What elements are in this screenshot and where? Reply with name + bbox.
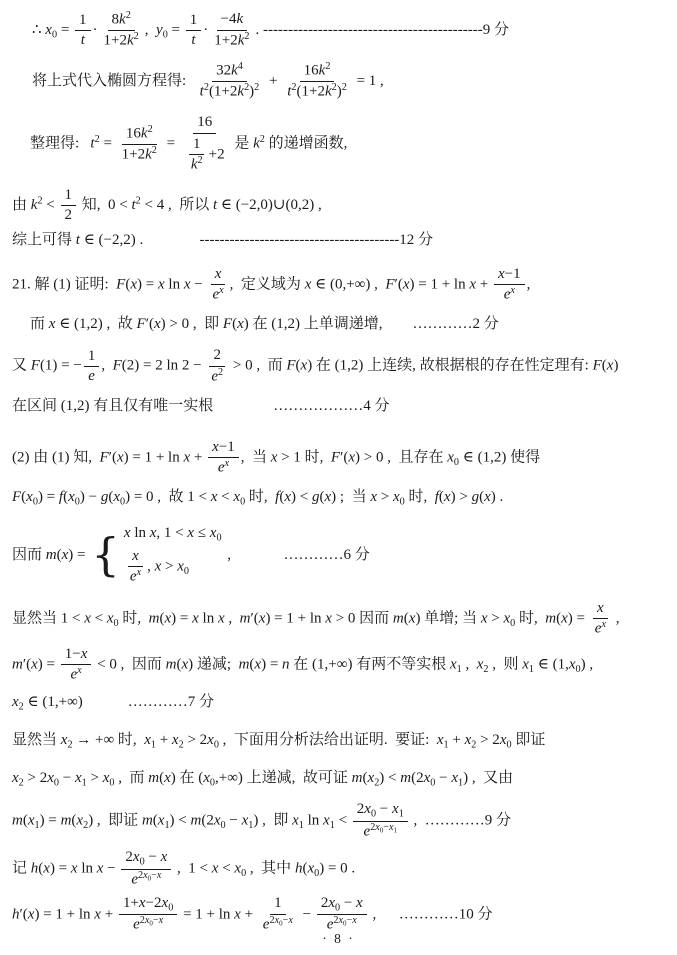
math-text: , <box>225 610 240 626</box>
case-row: xex, x > x0 <box>124 547 189 587</box>
math-variable: m <box>352 770 363 786</box>
math-text: , <box>145 22 156 38</box>
numerator: 1 <box>75 12 91 31</box>
math-text: + <box>241 906 257 922</box>
math-variable: F <box>223 316 232 332</box>
math-text: > <box>161 558 177 574</box>
denominator: t <box>77 31 89 49</box>
line-substitute-ellipse: 将上式代入椭圆方程得: 32k4t2(1+2k2)2 + 16k2t2(1+2k… <box>32 61 663 102</box>
math-text: ∈ (0,+∞) , <box>311 276 385 292</box>
math-text: ) , <box>581 656 594 672</box>
math-variable: k <box>253 136 260 152</box>
line-simplify-t-squared: 整理得: t2 = 16k21+2k2 = 161k2+2 是 k2 的递增函数… <box>30 113 663 175</box>
math-text: − <box>103 860 119 876</box>
line-Fx0-fg-relation: F(x0) = f(x0) − g(x0) = 0 , 故 1 < x < x0… <box>12 488 663 508</box>
numerator: 8k2 <box>108 11 135 31</box>
math-text: + <box>449 732 465 748</box>
math-text: 2 <box>148 124 153 135</box>
math-text: + <box>190 450 206 466</box>
numerator: x <box>593 600 608 619</box>
math-variable: m <box>191 813 202 829</box>
math-text: x <box>77 665 82 676</box>
math-variable: k <box>325 83 332 99</box>
math-text: ) , 即证 <box>88 813 142 829</box>
math-text: , 定义域为 <box>230 276 305 292</box>
math-text: 知, 0 < <box>78 197 131 213</box>
denominator: ex <box>214 458 233 477</box>
math-variable: F <box>286 358 295 374</box>
math-variable: x <box>450 656 457 672</box>
math-text: ∈ (1,+∞) <box>24 694 128 710</box>
math-variable: x <box>172 732 179 748</box>
math-variable: x <box>561 610 568 626</box>
math-variable: k <box>119 12 126 28</box>
math-text: (2) 由 (1) 知, <box>12 450 99 466</box>
math-text: ----------------------------------------… <box>263 22 509 38</box>
math-text: 0 <box>184 566 189 577</box>
fraction: 161k2+2 <box>181 114 229 174</box>
math-text: ) <box>613 358 618 374</box>
math-variable: x <box>77 665 82 676</box>
math-variable: x <box>284 489 291 505</box>
math-text: , 下面用分析法给出证明. 要证: <box>219 732 437 748</box>
math-variable: x <box>26 489 33 505</box>
math-variable: x <box>352 915 357 926</box>
math-variable: x <box>113 489 120 505</box>
math-text: (1+2 <box>297 83 325 99</box>
math-variable: m <box>12 813 23 829</box>
math-variable: x <box>45 22 52 38</box>
math-variable: x <box>214 813 221 829</box>
math-text: 21. 解 (1) 证明: <box>12 276 116 292</box>
fraction: 1t <box>186 12 202 50</box>
line-piecewise-m-6pts: 因而 m(x) = {x ln x, 1 < x ≤ x0xex, x > x0… <box>12 524 663 587</box>
math-variable: k <box>237 11 244 27</box>
math-text: , <box>527 276 531 292</box>
math-text: ) = <box>40 813 61 829</box>
math-text: ) . <box>491 489 504 505</box>
line-m-increasing-decreasing: 显然当 1 < x < x0 时, m(x) = x ln x , m′(x) … <box>12 599 663 639</box>
fraction: 2e2 <box>207 347 227 385</box>
math-text: 2x0−x <box>140 915 163 926</box>
math-variable: x <box>597 600 604 616</box>
math-text: 1 <box>190 12 198 28</box>
math-text: 整理得: <box>30 136 90 152</box>
math-text: 在 (1,+∞) 有两不等实根 <box>290 656 450 672</box>
math-variable: x <box>215 266 222 282</box>
math-text: 2 <box>213 347 221 363</box>
math-text: 显然当 1 < <box>12 610 84 626</box>
fraction: 2x0 − xe2x0−x <box>121 849 171 889</box>
fraction: 2x0 − xe2x0−x <box>317 895 367 935</box>
math-variable: x <box>28 813 35 829</box>
math-variable: m <box>545 610 556 626</box>
case-row: x ln x, 1 < x ≤ x0 <box>124 524 222 544</box>
math-variable: F <box>593 358 602 374</box>
denominator: e2 <box>207 367 227 386</box>
math-variable: x <box>43 860 50 876</box>
math-text: 1 <box>79 12 87 28</box>
math-text: ) ; 当 <box>331 489 370 505</box>
denominator: 1+2k2 <box>118 145 161 164</box>
math-text: = <box>168 22 184 38</box>
fraction: 1+x−2x0e2x0−x <box>119 895 177 935</box>
math-text: 即证 <box>512 732 546 748</box>
math-variable: x <box>356 895 363 911</box>
math-text: − <box>59 770 75 786</box>
denominator: ex <box>500 285 519 304</box>
math-text: 2 <box>325 61 330 72</box>
math-variable: x <box>212 439 219 455</box>
math-variable: t <box>191 32 195 48</box>
math-variable: F <box>12 489 21 505</box>
math-text: ) > 0 , 即 <box>161 316 223 332</box>
math-text: > <box>488 610 504 626</box>
math-text: ∈ (−2,2) . <box>80 232 200 248</box>
math-text: < <box>43 197 59 213</box>
math-variable: x <box>484 489 491 505</box>
math-text: ) < <box>379 770 400 786</box>
math-text: ) = 1 + ln <box>409 276 469 292</box>
math-text: 显然当 <box>12 732 61 748</box>
math-text: ) = <box>171 610 192 626</box>
math-text: > 0 因而 <box>332 610 393 626</box>
math-variable: x <box>601 619 606 630</box>
math-variable: x <box>144 732 151 748</box>
numerator: x <box>211 266 226 285</box>
math-variable: x <box>81 646 88 662</box>
denominator: 1+2k2 <box>100 31 143 50</box>
math-text: ln <box>165 276 184 292</box>
math-variable: x <box>392 801 399 817</box>
math-text: = 1 + ln <box>179 906 234 922</box>
math-variable: m <box>400 770 411 786</box>
math-text: 2x0−x <box>333 915 356 926</box>
math-text: , 1 < <box>173 860 211 876</box>
numerator: 2x0 − x1 <box>353 801 408 822</box>
piecewise-cases: {x ln x, 1 < x ≤ x0xex, x > x0 <box>91 524 221 587</box>
math-text: = 1 , <box>353 73 384 89</box>
math-text: = <box>57 22 73 38</box>
math-text: 将上式代入椭圆方程得: <box>32 73 194 89</box>
math-text: · <box>203 22 208 38</box>
math-text: 2x0−x <box>138 870 161 881</box>
math-variable: x <box>184 276 191 292</box>
math-text: < <box>91 610 107 626</box>
math-text: ) = <box>68 547 89 563</box>
math-variable: x <box>12 694 19 710</box>
math-variable: x <box>370 489 377 505</box>
math-text: ) 单增; 当 <box>415 610 480 626</box>
math-text: −1 <box>505 266 521 282</box>
math-variable: x <box>481 610 488 626</box>
numerator: x <box>128 548 143 567</box>
math-variable: x <box>393 489 400 505</box>
math-text: −4 <box>221 11 237 27</box>
math-text: ′( <box>20 906 28 922</box>
denominator: e2x0−x <box>127 870 165 889</box>
numerator: 16 <box>193 114 216 133</box>
math-variable: F <box>385 276 394 292</box>
solution-text-block: ∴ x0 = 1t·8k21+2k2, y0 = 1t·−4k1+2k2. --… <box>12 10 663 935</box>
math-variable: k <box>191 157 198 173</box>
math-text: , <box>101 358 112 374</box>
math-text: 8 <box>112 12 120 28</box>
math-text: 16 <box>197 114 212 130</box>
math-text: 记 <box>12 860 31 876</box>
math-text: −1 <box>219 439 235 455</box>
fraction: 1t <box>75 12 91 50</box>
line-part2-derivative: (2) 由 (1) 知, F′(x) = 1 + ln x + x−1ex, 当… <box>12 438 663 478</box>
numerator: −4k <box>217 11 248 30</box>
math-variable: x <box>207 732 214 748</box>
math-variable: x <box>234 906 241 922</box>
math-text: ) 在 (1,2) 上单调递增, …………2 分 <box>244 316 499 332</box>
math-text: 的递增函数, <box>265 136 348 152</box>
math-text: x <box>224 458 229 469</box>
math-variable: k <box>141 126 148 142</box>
numerator: 1 <box>186 12 202 31</box>
math-variable: x <box>137 567 142 578</box>
math-variable: x <box>447 450 454 466</box>
math-text: 16 <box>126 126 141 142</box>
math-text: 时, <box>119 610 149 626</box>
math-text: > 2 <box>24 770 47 786</box>
fraction: xex <box>126 548 145 586</box>
math-text: ∴ <box>32 22 45 38</box>
math-text: ----------------------------------------… <box>200 232 434 248</box>
math-variable: x <box>364 801 371 817</box>
math-text: 1+2 <box>104 32 127 48</box>
math-text: 1 <box>193 136 201 152</box>
math-text: ) = 0 , 故 1 < <box>125 489 211 505</box>
math-text: > <box>87 770 103 786</box>
denominator: ex <box>66 665 85 684</box>
math-text: < <box>217 489 233 505</box>
math-text: ) , 又由 <box>463 770 513 786</box>
math-variable: m <box>240 610 251 626</box>
math-variable: m <box>61 813 72 829</box>
math-variable: F <box>31 358 40 374</box>
math-text: 1− <box>65 646 81 662</box>
math-variable: e <box>131 871 138 887</box>
math-text: = <box>163 136 179 152</box>
fraction: x−1ex <box>494 266 525 304</box>
line-m-prime-two-roots: m′(x) = 1−xex < 0 , 因而 m(x) 递减; m(x) = n… <box>12 645 663 685</box>
math-text: + <box>265 73 281 89</box>
math-text: ) = <box>38 489 59 505</box>
math-variable: k <box>145 147 152 163</box>
line-monotone-increasing-2pts: 而 x ∈ (1,2) , 故 F′(x) > 0 , 即 F(x) 在 (1,… <box>30 315 663 335</box>
math-text: ) < <box>170 813 191 829</box>
math-variable: g <box>472 489 480 505</box>
line-unique-root-4pts: 在区间 (1,2) 有且仅有唯一实根 ………………4 分 <box>12 397 663 417</box>
math-variable: x <box>84 610 91 626</box>
numerator: x−1 <box>208 439 239 458</box>
math-text: 2 <box>198 155 203 166</box>
math-text: ) 在 (1,2) 上连续, 故根据根的存在性定理有: <box>307 358 592 374</box>
math-text: 2 <box>244 31 249 42</box>
math-text: 因而 <box>12 547 46 563</box>
line-F1-F2-continuity: 又 F(1) = −1e, F(2) = 2 ln 2 − 2e2 > 0 , … <box>12 346 663 386</box>
math-variable: m <box>166 656 177 672</box>
math-text: + <box>101 906 117 922</box>
math-text: ln <box>304 813 323 829</box>
math-text: − <box>299 906 315 922</box>
math-variable: x <box>124 525 131 541</box>
numerator: 2 <box>209 347 225 366</box>
math-text: ′( <box>23 656 31 672</box>
denominator: e <box>84 367 99 385</box>
math-text: ) > <box>451 489 472 505</box>
math-text: 0 <box>216 532 221 543</box>
math-text: . <box>255 22 263 38</box>
math-text: ) = 0 . <box>319 860 355 876</box>
math-text: 4 <box>238 61 243 72</box>
line-conclusion-12pts: 综上可得 t ∈ (−2,2) . ----------------------… <box>12 231 663 251</box>
denominator: ex <box>126 567 145 586</box>
math-text: ) = <box>261 656 282 672</box>
math-text: 1 <box>65 187 73 203</box>
math-text: − <box>376 801 392 817</box>
math-text: , 则 <box>488 656 522 672</box>
math-text: ∈ (1,2) , 故 <box>55 316 136 332</box>
math-text: = <box>100 136 116 152</box>
math-variable: x <box>68 489 75 505</box>
math-variable: x <box>437 732 444 748</box>
math-variable: x <box>12 770 19 786</box>
math-text: (2 <box>411 770 424 786</box>
math-variable: x <box>154 316 161 332</box>
math-text: x <box>601 619 606 630</box>
denominator: 2 <box>61 206 77 224</box>
math-text: ) < <box>291 489 312 505</box>
math-text: < 4 , 所以 <box>141 197 213 213</box>
math-variable: x <box>218 610 225 626</box>
math-text: ) = 1 + ln <box>34 906 94 922</box>
math-text: 1+2 <box>214 32 237 48</box>
math-variable: x <box>328 895 335 911</box>
numerator: 2x0 − x <box>317 895 367 916</box>
math-text: 0 <box>168 902 173 913</box>
math-variable: F <box>113 358 122 374</box>
math-text: − <box>226 813 242 829</box>
math-text: 2 <box>126 10 131 21</box>
math-variable: m <box>46 547 57 563</box>
math-text: , 而 <box>114 770 148 786</box>
denominator: e2x0−x1 <box>360 822 402 841</box>
math-text: (1+2 <box>209 83 237 99</box>
math-variable: x <box>237 316 244 332</box>
math-variable: m <box>142 813 153 829</box>
math-variable: m <box>148 770 159 786</box>
math-variable: x <box>203 770 210 786</box>
math-variable: x <box>31 656 38 672</box>
math-variable: h <box>12 906 20 922</box>
line-m-equal-9pts: m(x1) = m(x2) , 即证 m(x1) < m(2x0 − x1) ,… <box>12 800 663 842</box>
fraction: xex <box>591 600 610 638</box>
math-text: ) = 1 + ln <box>124 450 184 466</box>
math-text: ,+∞) 上递减, 故可证 <box>215 770 352 786</box>
math-text: − <box>340 895 356 911</box>
denominator: t2(1+2k2)2 <box>283 82 351 101</box>
math-variable: x <box>47 770 54 786</box>
math-variable: x <box>569 656 576 672</box>
math-text: , 当 <box>241 450 271 466</box>
math-text: ) > 0 , 且存在 <box>355 450 447 466</box>
math-text: 2 <box>254 82 259 93</box>
line-x2-range-7pts: x2 ∈ (1,+∞) …………7 分 <box>12 693 663 713</box>
math-text: ) − <box>80 489 101 505</box>
math-variable: e <box>88 368 95 384</box>
line-analysis-method-claim: 显然当 x2 → +∞ 时, x1 + x2 > 2x0 , 下面用分析法给出证… <box>12 731 663 751</box>
math-text: 1 <box>394 827 397 834</box>
numerator: 1+x−2x0 <box>119 895 177 916</box>
math-variable: x <box>107 610 114 626</box>
math-variable: x <box>224 458 229 469</box>
numerator: 1 <box>84 348 100 367</box>
math-text: 是 <box>231 136 254 152</box>
math-text: − <box>435 770 451 786</box>
math-text: > 1 时, <box>277 450 330 466</box>
numerator: 1−x <box>61 646 92 665</box>
math-text: ∈ (1, <box>534 656 569 672</box>
math-text: 由 <box>12 197 31 213</box>
math-variable: m <box>149 610 160 626</box>
math-text: , <box>462 656 477 672</box>
numerator: x−1 <box>494 266 525 285</box>
math-variable: x <box>94 906 101 922</box>
math-text: , …………9 分 <box>410 813 511 829</box>
math-text: 在区间 (1,2) 有且仅有唯一实根 <box>12 398 273 414</box>
math-text: + <box>476 276 492 292</box>
denominator: k2 <box>187 155 207 174</box>
math-variable: F <box>331 450 340 466</box>
math-text: ′( <box>109 450 117 466</box>
line-t-range-union: 由 k2 < 12 知, 0 < t2 < 4 , 所以 t ∈ (−2,0)∪… <box>12 186 663 226</box>
math-text: > <box>377 489 393 505</box>
denominator: ex <box>208 285 227 304</box>
math-text: , <box>612 610 620 626</box>
math-variable: x <box>325 610 332 626</box>
line-x0-y0-result-9pts: ∴ x0 = 1t·8k21+2k2, y0 = 1t·−4k1+2k2. --… <box>32 10 663 51</box>
numerator: 16k2 <box>122 125 157 145</box>
fraction: 1−xex <box>61 646 92 684</box>
fraction: 2x0 − x1e2x0−x1 <box>353 801 408 841</box>
math-text: (2) = 2 ln 2 − <box>122 358 206 374</box>
math-variable: F <box>116 276 125 292</box>
math-variable: x <box>192 610 199 626</box>
line-h-prime-10pts: h′(x) = 1 + ln x + 1+x−2x0e2x0−x = 1 + l… <box>12 894 663 936</box>
math-text: ) 递减; <box>188 656 238 672</box>
math-text: 时, <box>515 610 545 626</box>
math-text: x <box>137 567 142 578</box>
math-variable: x <box>117 450 124 466</box>
math-variable: e <box>130 569 137 585</box>
denominator: t2(1+2k2)2 <box>196 82 264 101</box>
math-text: x <box>510 285 515 296</box>
math-variable: F <box>99 450 108 466</box>
math-variable: x <box>469 276 476 292</box>
math-text: 2 <box>218 367 223 378</box>
math-variable: t <box>81 32 85 48</box>
math-variable: x <box>498 266 505 282</box>
math-variable: x <box>75 770 82 786</box>
line-21-part1-proof: 21. 解 (1) 证明: F(x) = x ln x − xex, 定义域为 … <box>12 265 663 305</box>
math-text: ………………4 分 <box>273 398 389 414</box>
math-text: ) = 1 + ln <box>265 610 325 626</box>
math-variable: m <box>239 656 250 672</box>
